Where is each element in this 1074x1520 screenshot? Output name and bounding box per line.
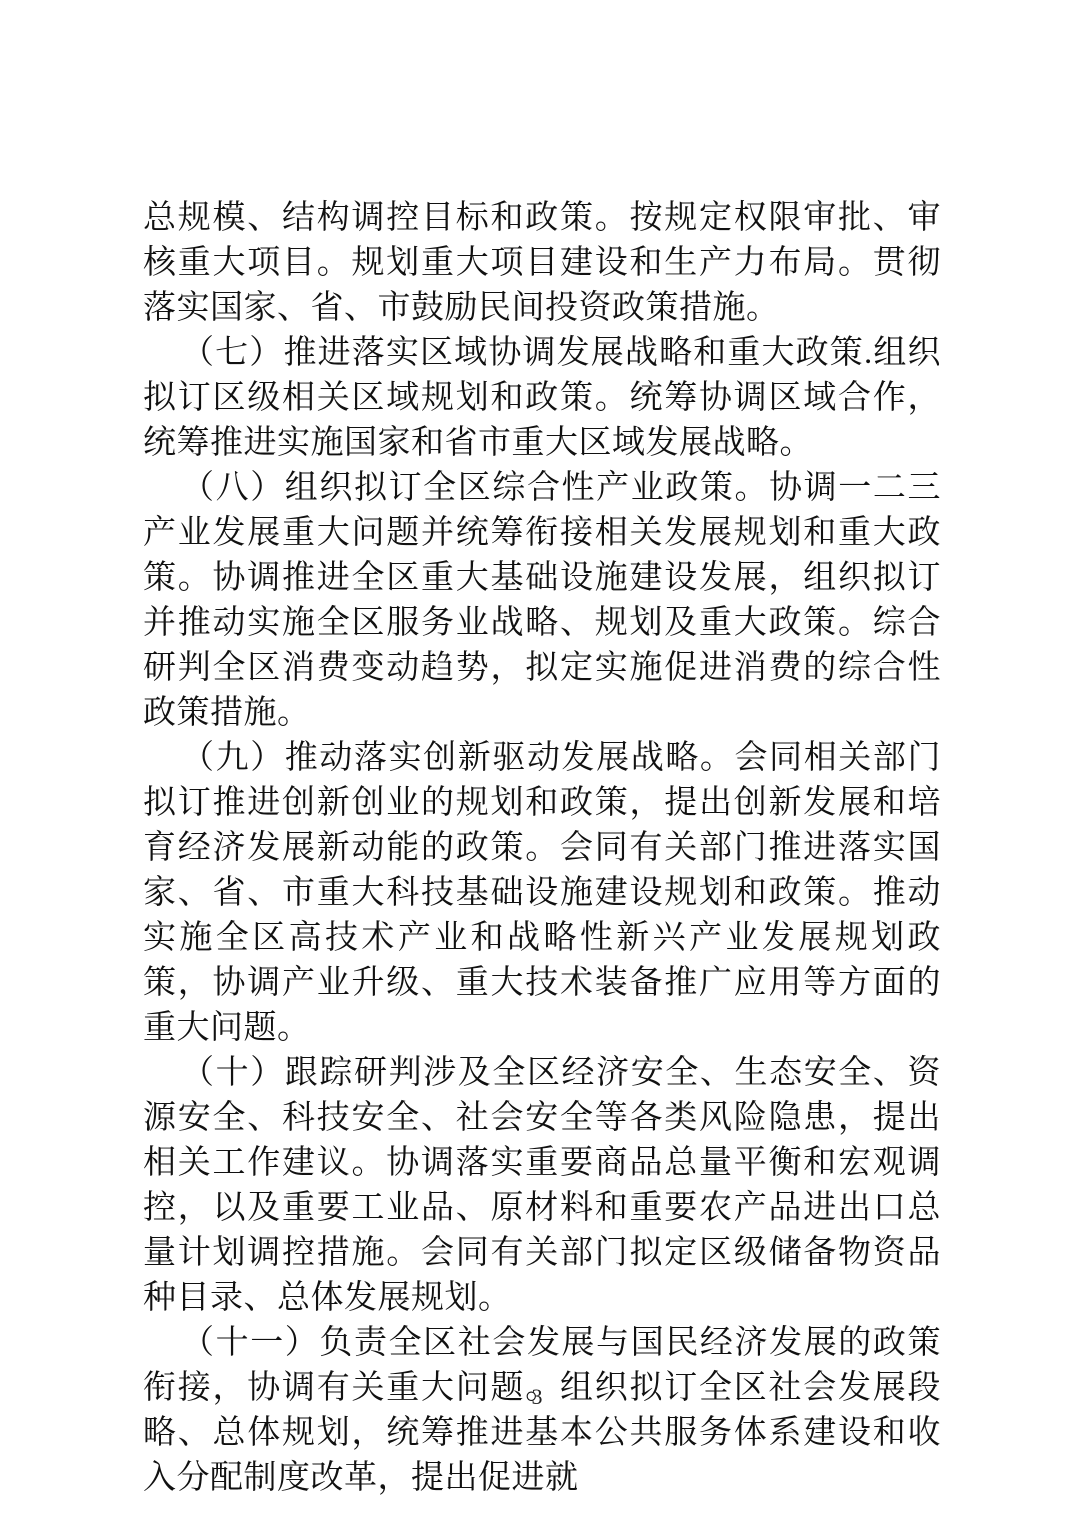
document-text: 总规模、结构调控目标和政策。按规定权限审批、审核重大项目。规划重大项目建设和生产… — [143, 196, 941, 1501]
paragraph: （八）组织拟订全区综合性产业政策。协调一二三产业发展重大问题并统筹衔接相关发展规… — [143, 466, 941, 736]
paragraph: 总规模、结构调控目标和政策。按规定权限审批、审核重大项目。规划重大项目建设和生产… — [143, 196, 941, 331]
paragraph: （九）推动落实创新驱动发展战略。会同相关部门拟订推进创新创业的规划和政策，提出创… — [143, 736, 941, 1051]
document-page: 总规模、结构调控目标和政策。按规定权限审批、审核重大项目。规划重大项目建设和生产… — [0, 0, 1074, 1520]
page-number: 3 — [0, 1382, 1074, 1412]
paragraph: （七）推进落实区域协调发展战略和重大政策.组织拟订区级相关区域规划和政策。统筹协… — [143, 331, 941, 466]
paragraph: （十）跟踪研判涉及全区经济安全、生态安全、资源安全、科技安全、社会安全等各类风险… — [143, 1051, 941, 1321]
